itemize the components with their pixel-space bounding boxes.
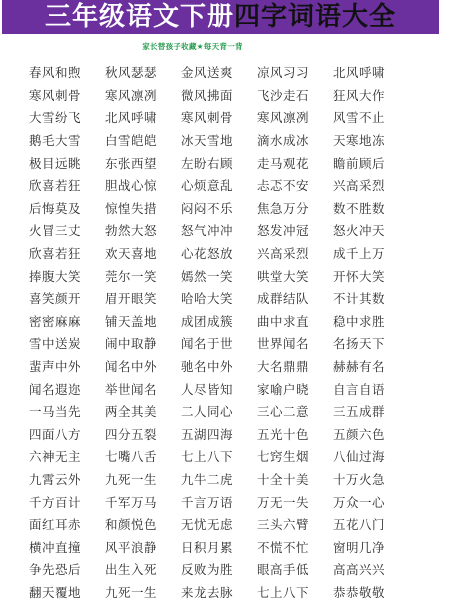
title-part-1: 三年级语文下册 — [45, 0, 234, 34]
idiom-word: 白雪皑皑 — [105, 131, 181, 149]
idiom-word: 眉开眼笑 — [105, 289, 181, 307]
word-row: 四面八方四分五裂五湖四海五光十色五颜六色 — [29, 423, 409, 446]
idiom-word: 三头六臂 — [257, 515, 333, 533]
idiom-word: 面红耳赤 — [29, 515, 105, 533]
idiom-word: 怒气冲冲 — [181, 221, 257, 239]
idiom-word: 北风呼啸 — [333, 63, 409, 81]
idiom-word: 五颜六色 — [333, 425, 409, 443]
idiom-word: 数不胜数 — [333, 199, 409, 217]
idiom-word: 喜笑颜开 — [29, 289, 105, 307]
idiom-word: 春风和煦 — [29, 63, 105, 81]
idiom-word: 家喻户晓 — [257, 380, 333, 398]
word-row: 春风和煦秋风瑟瑟金风送爽凉风习习北风呼啸 — [29, 61, 409, 84]
idiom-word: 欣喜若狂 — [29, 176, 105, 194]
idiom-word: 大名鼎鼎 — [257, 357, 333, 375]
title-part-2: 四字词语大全 — [234, 0, 396, 34]
idiom-word: 闷闷不乐 — [181, 199, 257, 217]
subtitle: 家长替孩子收藏★每天背一背 — [0, 41, 449, 52]
idiom-word: 大雪纷飞 — [29, 108, 105, 126]
idiom-word: 驰名中外 — [181, 357, 257, 375]
idiom-word: 莞尔一笑 — [105, 267, 181, 285]
word-row: 面红耳赤和颜悦色无忧无虑三头六臂五花八门 — [29, 513, 409, 536]
idiom-word: 千言万语 — [181, 493, 257, 511]
idiom-word: 二人同心 — [181, 402, 257, 420]
idiom-word: 风雪不止 — [333, 108, 409, 126]
idiom-word: 滴水成冰 — [257, 131, 333, 149]
title-banner: 三年级语文下册四字词语大全 — [2, 0, 439, 34]
idiom-word: 勃然大怒 — [105, 221, 181, 239]
subtitle-text: 家长替孩子收藏★每天背一背 — [142, 42, 243, 51]
word-row: 千方百计千军万马千言万语万无一失万众一心 — [29, 490, 409, 513]
word-row: 极目远眺东张西望左盼右顾走马观花瞻前顾后 — [29, 151, 409, 174]
idiom-word: 窗明几净 — [333, 538, 409, 556]
idiom-word: 十全十美 — [257, 470, 333, 488]
idiom-word: 七窍生烟 — [257, 447, 333, 465]
idiom-word: 鹅毛大雪 — [29, 131, 105, 149]
idiom-word: 不计其数 — [333, 289, 409, 307]
idiom-word: 火冒三丈 — [29, 221, 105, 239]
idiom-word: 两全其美 — [105, 402, 181, 420]
idiom-word: 蜚声中外 — [29, 357, 105, 375]
idiom-word: 哈哈大笑 — [181, 289, 257, 307]
word-row: 寒风刺骨寒风凛冽微风拂面飞沙走石狂风大作 — [29, 84, 409, 107]
idiom-word: 金风送爽 — [181, 63, 257, 81]
idiom-word: 欣喜若狂 — [29, 244, 105, 262]
idiom-word: 飞沙走石 — [257, 86, 333, 104]
idiom-word: 开怀大笑 — [333, 267, 409, 285]
word-row: 九霄云外九死一生九牛二虎十全十美十万火急 — [29, 468, 409, 491]
word-row: 后悔莫及惊惶失措闷闷不乐焦急万分数不胜数 — [29, 197, 409, 220]
idiom-word: 日积月累 — [181, 538, 257, 556]
idiom-word: 忐忑不安 — [257, 176, 333, 194]
idiom-word: 争先恐后 — [29, 560, 105, 578]
idiom-word: 铺天盖地 — [105, 312, 181, 330]
word-row: 火冒三丈勃然大怒怒气冲冲怒发冲冠怒火冲天 — [29, 219, 409, 242]
idiom-word: 心烦意乱 — [181, 176, 257, 194]
idiom-word: 九牛二虎 — [181, 470, 257, 488]
idiom-word: 万无一失 — [257, 493, 333, 511]
idiom-word: 六神无主 — [29, 447, 105, 465]
idiom-word: 稳中求胜 — [333, 312, 409, 330]
idiom-word: 七嘴八舌 — [105, 447, 181, 465]
idiom-word: 左盼右顾 — [181, 154, 257, 172]
word-row: 捧腹大笑莞尔一笑嫣然一笑哄堂大笑开怀大笑 — [29, 264, 409, 287]
idiom-word: 闻名中外 — [105, 357, 181, 375]
word-row: 密密麻麻铺天盖地成团成簇曲中求直稳中求胜 — [29, 310, 409, 333]
idiom-word: 密密麻麻 — [29, 312, 105, 330]
idiom-word: 微风拂面 — [181, 86, 257, 104]
idiom-word: 怒发冲冠 — [257, 221, 333, 239]
idiom-word: 闹中取静 — [105, 334, 181, 352]
idiom-word: 欢天喜地 — [105, 244, 181, 262]
idiom-word: 捧腹大笑 — [29, 267, 105, 285]
idiom-word: 三心二意 — [257, 402, 333, 420]
idiom-word: 出生入死 — [105, 560, 181, 578]
idiom-word: 七上八下 — [257, 583, 333, 600]
word-row: 喜笑颜开眉开眼笑哈哈大笑成群结队不计其数 — [29, 287, 409, 310]
idiom-word: 闻名遐迩 — [29, 380, 105, 398]
idiom-word: 五湖四海 — [181, 425, 257, 443]
idiom-word: 寒风刺骨 — [181, 108, 257, 126]
idiom-word: 兴高采烈 — [257, 244, 333, 262]
idiom-word: 九霄云外 — [29, 470, 105, 488]
idiom-word: 和颜悦色 — [105, 515, 181, 533]
idiom-word: 东张西望 — [105, 154, 181, 172]
word-row: 鹅毛大雪白雪皑皑冰天雪地滴水成冰天寒地冻 — [29, 129, 409, 152]
word-row: 雪中送炭闹中取静闻名于世世界闻名名扬天下 — [29, 332, 409, 355]
idiom-word: 横冲直撞 — [29, 538, 105, 556]
idiom-word: 名扬天下 — [333, 334, 409, 352]
idiom-word: 恭恭敬敬 — [333, 583, 409, 600]
idiom-word: 四面八方 — [29, 425, 105, 443]
idiom-word: 心花怒放 — [181, 244, 257, 262]
idiom-word: 寒风刺骨 — [29, 86, 105, 104]
idiom-word: 千军万马 — [105, 493, 181, 511]
idiom-word: 风平浪静 — [105, 538, 181, 556]
word-row: 争先恐后出生入死反败为胜眼高手低高高兴兴 — [29, 558, 409, 581]
idiom-word: 雪中送炭 — [29, 334, 105, 352]
idiom-word: 寒风凛冽 — [257, 108, 333, 126]
idiom-word: 嫣然一笑 — [181, 267, 257, 285]
idiom-word: 反败为胜 — [181, 560, 257, 578]
word-row: 欣喜若狂欢天喜地心花怒放兴高采烈成千上万 — [29, 242, 409, 265]
idiom-word: 万众一心 — [333, 493, 409, 511]
idiom-word: 十万火急 — [333, 470, 409, 488]
word-grid: 春风和煦秋风瑟瑟金风送爽凉风习习北风呼啸寒风刺骨寒风凛冽微风拂面飞沙走石狂风大作… — [29, 61, 409, 600]
idiom-word: 自言自语 — [333, 380, 409, 398]
word-row: 六神无主七嘴八舌七上八下七窍生烟八仙过海 — [29, 445, 409, 468]
idiom-word: 胆战心惊 — [105, 176, 181, 194]
idiom-word: 高高兴兴 — [333, 560, 409, 578]
idiom-word: 人尽皆知 — [181, 380, 257, 398]
idiom-word: 寒风凛冽 — [105, 86, 181, 104]
idiom-word: 世界闻名 — [257, 334, 333, 352]
idiom-word: 成千上万 — [333, 244, 409, 262]
idiom-word: 瞻前顾后 — [333, 154, 409, 172]
idiom-word: 哄堂大笑 — [257, 267, 333, 285]
idiom-word: 举世闻名 — [105, 380, 181, 398]
idiom-word: 五光十色 — [257, 425, 333, 443]
idiom-word: 四分五裂 — [105, 425, 181, 443]
word-row: 蜚声中外闻名中外驰名中外大名鼎鼎赫赫有名 — [29, 355, 409, 378]
idiom-word: 九死一生 — [105, 470, 181, 488]
idiom-word: 翻天覆地 — [29, 583, 105, 600]
word-row: 大雪纷飞北风呼啸寒风刺骨寒风凛冽风雪不止 — [29, 106, 409, 129]
idiom-word: 闻名于世 — [181, 334, 257, 352]
idiom-word: 惊惶失措 — [105, 199, 181, 217]
idiom-word: 曲中求直 — [257, 312, 333, 330]
idiom-word: 天寒地冻 — [333, 131, 409, 149]
word-row: 闻名遐迩举世闻名人尽皆知家喻户晓自言自语 — [29, 377, 409, 400]
idiom-word: 成团成簇 — [181, 312, 257, 330]
idiom-word: 秋风瑟瑟 — [105, 63, 181, 81]
idiom-word: 凉风习习 — [257, 63, 333, 81]
idiom-word: 一马当先 — [29, 402, 105, 420]
idiom-word: 九死一生 — [105, 583, 181, 600]
idiom-word: 无忧无虑 — [181, 515, 257, 533]
idiom-word: 极目远眺 — [29, 154, 105, 172]
idiom-word: 不慌不忙 — [257, 538, 333, 556]
idiom-word: 赫赫有名 — [333, 357, 409, 375]
word-row: 翻天覆地九死一生来龙去脉七上八下恭恭敬敬 — [29, 581, 409, 600]
idiom-word: 兴高采烈 — [333, 176, 409, 194]
idiom-word: 成群结队 — [257, 289, 333, 307]
idiom-word: 来龙去脉 — [181, 583, 257, 600]
word-row: 欣喜若狂胆战心惊心烦意乱忐忑不安兴高采烈 — [29, 174, 409, 197]
idiom-word: 北风呼啸 — [105, 108, 181, 126]
idiom-word: 三五成群 — [333, 402, 409, 420]
word-row: 横冲直撞风平浪静日积月累不慌不忙窗明几净 — [29, 535, 409, 558]
idiom-word: 八仙过海 — [333, 447, 409, 465]
idiom-word: 怒火冲天 — [333, 221, 409, 239]
idiom-word: 焦急万分 — [257, 199, 333, 217]
idiom-word: 七上八下 — [181, 447, 257, 465]
idiom-word: 狂风大作 — [333, 86, 409, 104]
idiom-word: 后悔莫及 — [29, 199, 105, 217]
idiom-word: 眼高手低 — [257, 560, 333, 578]
idiom-word: 冰天雪地 — [181, 131, 257, 149]
word-row: 一马当先两全其美二人同心三心二意三五成群 — [29, 400, 409, 423]
idiom-word: 走马观花 — [257, 154, 333, 172]
idiom-word: 五花八门 — [333, 515, 409, 533]
idiom-word: 千方百计 — [29, 493, 105, 511]
